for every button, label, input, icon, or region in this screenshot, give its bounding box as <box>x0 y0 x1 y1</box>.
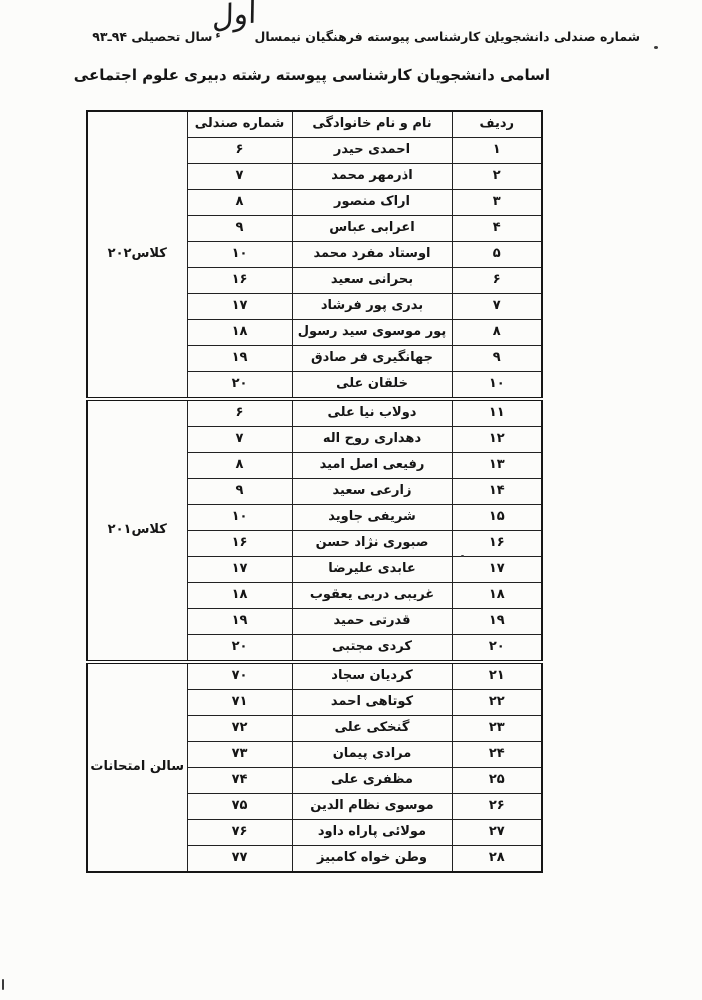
radif-cell: ۲۶ <box>452 794 542 820</box>
name-cell: غریبی دربی یعقوب <box>292 583 452 609</box>
radif-cell: ۵ <box>452 242 542 268</box>
header-line-text-left: سال تحصیلی ۹۴ـ۹۳ <box>92 29 212 44</box>
radif-cell: ۱۳ <box>452 453 542 479</box>
radif-cell: ۱۵ <box>452 505 542 531</box>
name-cell: شریفی جاوید <box>292 505 452 531</box>
seat-cell: ۷۱ <box>187 690 292 716</box>
name-cell: کردی مجتبی <box>292 635 452 663</box>
seat-cell: ۷ <box>187 427 292 453</box>
header-name: نام و نام خانوادگی <box>292 111 452 138</box>
radif-cell: ۴ <box>452 216 542 242</box>
header-radif: ردیف <box>452 111 542 138</box>
location-cell: کلاس۲۰۲ <box>87 111 187 399</box>
scan-speck <box>2 979 4 990</box>
header-seat: شماره صندلی <box>187 111 292 138</box>
radif-cell: ۱۲ <box>452 427 542 453</box>
radif-cell: ۱۰ <box>452 372 542 400</box>
seat-cell: ۱۶ <box>187 531 292 557</box>
seat-cell: ۱۰ <box>187 242 292 268</box>
seat-cell: ۸ <box>187 190 292 216</box>
radif-cell: ۳ <box>452 190 542 216</box>
scan-speck <box>461 555 464 557</box>
seat-cell: ۱۰ <box>187 505 292 531</box>
seating-table: ردیف نام و نام خانوادگی شماره صندلی کلاس… <box>86 110 543 873</box>
seat-cell: ۷۶ <box>187 820 292 846</box>
seat-cell: ۱۷ <box>187 294 292 320</box>
document-header-line: شماره صندلی دانشجویان کارشناسی پیوسته فر… <box>92 25 640 44</box>
radif-cell: ۷ <box>452 294 542 320</box>
header-line-text-right: شماره صندلی دانشجویان کارشناسی پیوسته فر… <box>254 29 640 44</box>
radif-cell: ۱۷ <box>452 557 542 583</box>
name-cell: صبوری نژاد حسن <box>292 531 452 557</box>
radif-cell: ۶ <box>452 268 542 294</box>
name-cell: دولاب نیا علی <box>292 399 452 427</box>
seating-table-body: ردیف نام و نام خانوادگی شماره صندلی کلاس… <box>87 111 542 872</box>
seat-cell: ۱۶ <box>187 268 292 294</box>
radif-cell: ۱۶ <box>452 531 542 557</box>
name-cell: مظفری علی <box>292 768 452 794</box>
table-row: ۲۱کردیان سجاد۷۰سالن امتحانات <box>87 662 542 690</box>
name-cell: وطن خواه کامبیز <box>292 846 452 873</box>
scan-speck <box>494 40 497 43</box>
name-cell: خلقان علی <box>292 372 452 400</box>
seat-cell: ۱۹ <box>187 609 292 635</box>
radif-cell: ۱ <box>452 138 542 164</box>
name-cell: گنخکی علی <box>292 716 452 742</box>
page-title: اسامی دانشجویان کارشناسی پیوسته رشته دبی… <box>74 66 550 84</box>
seat-cell: ۶ <box>187 399 292 427</box>
name-cell: زارعی سعید <box>292 479 452 505</box>
seat-cell: ۹ <box>187 216 292 242</box>
name-cell: بحرانی سعید <box>292 268 452 294</box>
handwritten-note: اول <box>212 0 257 34</box>
page: شماره صندلی دانشجویان کارشناسی پیوسته فر… <box>0 0 702 1000</box>
radif-cell: ۲ <box>452 164 542 190</box>
radif-cell: ۲۷ <box>452 820 542 846</box>
seat-cell: ۷ <box>187 164 292 190</box>
seat-cell: ۷۳ <box>187 742 292 768</box>
name-cell: رفیعی اصل امید <box>292 453 452 479</box>
name-cell: قدرتی حمید <box>292 609 452 635</box>
name-cell: مرادی پیمان <box>292 742 452 768</box>
radif-cell: ۱۸ <box>452 583 542 609</box>
radif-cell: ۱۹ <box>452 609 542 635</box>
seat-cell: ۱۹ <box>187 346 292 372</box>
radif-cell: ۲۱ <box>452 662 542 690</box>
radif-cell: ۲۸ <box>452 846 542 873</box>
name-cell: کردیان سجاد <box>292 662 452 690</box>
seat-cell: ۷۴ <box>187 768 292 794</box>
name-cell: کوتاهی احمد <box>292 690 452 716</box>
seat-cell: ۲۰ <box>187 635 292 663</box>
radif-cell: ۹ <box>452 346 542 372</box>
seat-cell: ۹ <box>187 479 292 505</box>
radif-cell: ۲۲ <box>452 690 542 716</box>
table-header-row: ردیف نام و نام خانوادگی شماره صندلی کلاس… <box>87 111 542 138</box>
name-cell: بدری پور فرشاد <box>292 294 452 320</box>
name-cell: عابدی علیرضا <box>292 557 452 583</box>
radif-cell: ۸ <box>452 320 542 346</box>
seat-cell: ۷۷ <box>187 846 292 873</box>
name-cell: مولائی پاراه داود <box>292 820 452 846</box>
radif-cell: ۲۰ <box>452 635 542 663</box>
name-cell: اوستاد مفرد محمد <box>292 242 452 268</box>
table-row: ۱۱دولاب نیا علی۶کلاس۲۰۱ <box>87 399 542 427</box>
name-cell: پور موسوی سید رسول <box>292 320 452 346</box>
location-cell: کلاس۲۰۱ <box>87 399 187 662</box>
name-cell: اذرمهر محمد <box>292 164 452 190</box>
seat-cell: ۲۰ <box>187 372 292 400</box>
location-cell: سالن امتحانات <box>87 662 187 872</box>
radif-cell: ۱۴ <box>452 479 542 505</box>
radif-cell: ۲۵ <box>452 768 542 794</box>
seat-cell: ۶ <box>187 138 292 164</box>
name-cell: اراک منصور <box>292 190 452 216</box>
radif-cell: ۱۱ <box>452 399 542 427</box>
name-cell: جهانگیری فر صادق <box>292 346 452 372</box>
seat-cell: ۱۸ <box>187 583 292 609</box>
name-cell: موسوی نظام الدین <box>292 794 452 820</box>
name-cell: احمدی حیدر <box>292 138 452 164</box>
seat-cell: ۱۷ <box>187 557 292 583</box>
seat-cell: ۸ <box>187 453 292 479</box>
name-cell: اعرابی عباس <box>292 216 452 242</box>
seat-cell: ۷۰ <box>187 662 292 690</box>
handwriting-area: ء اول <box>212 25 254 41</box>
radif-cell: ۲۳ <box>452 716 542 742</box>
name-cell: دهداری روح اله <box>292 427 452 453</box>
scan-speck <box>654 46 658 49</box>
seat-cell: ۱۸ <box>187 320 292 346</box>
radif-cell: ۲۴ <box>452 742 542 768</box>
seat-cell: ۷۲ <box>187 716 292 742</box>
seat-cell: ۷۵ <box>187 794 292 820</box>
